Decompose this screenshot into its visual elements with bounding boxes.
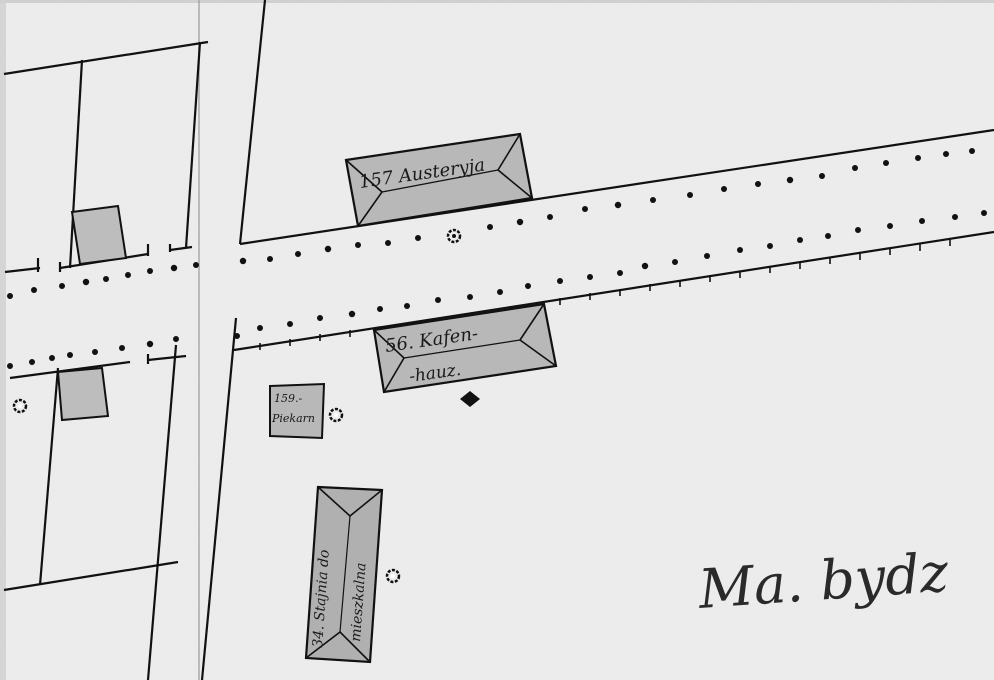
cadastral-map: 157 Austeryja 56. Kafen- -hauz. 159.- Pi… bbox=[0, 0, 994, 680]
map-canvas: 157 Austeryja 56. Kafen- -hauz. 159.- Pi… bbox=[0, 0, 994, 680]
parcel-left-upper bbox=[72, 206, 126, 264]
building-159-label-line2: Piekarn bbox=[271, 412, 315, 425]
building-159-label-line1: 159.- bbox=[274, 392, 302, 405]
building-34-stajnia: 34. Stajnia do mieszkalna bbox=[306, 487, 382, 662]
parcel-left-lower bbox=[58, 368, 108, 420]
building-159-piekarn: 159.- Piekarn bbox=[270, 384, 324, 438]
